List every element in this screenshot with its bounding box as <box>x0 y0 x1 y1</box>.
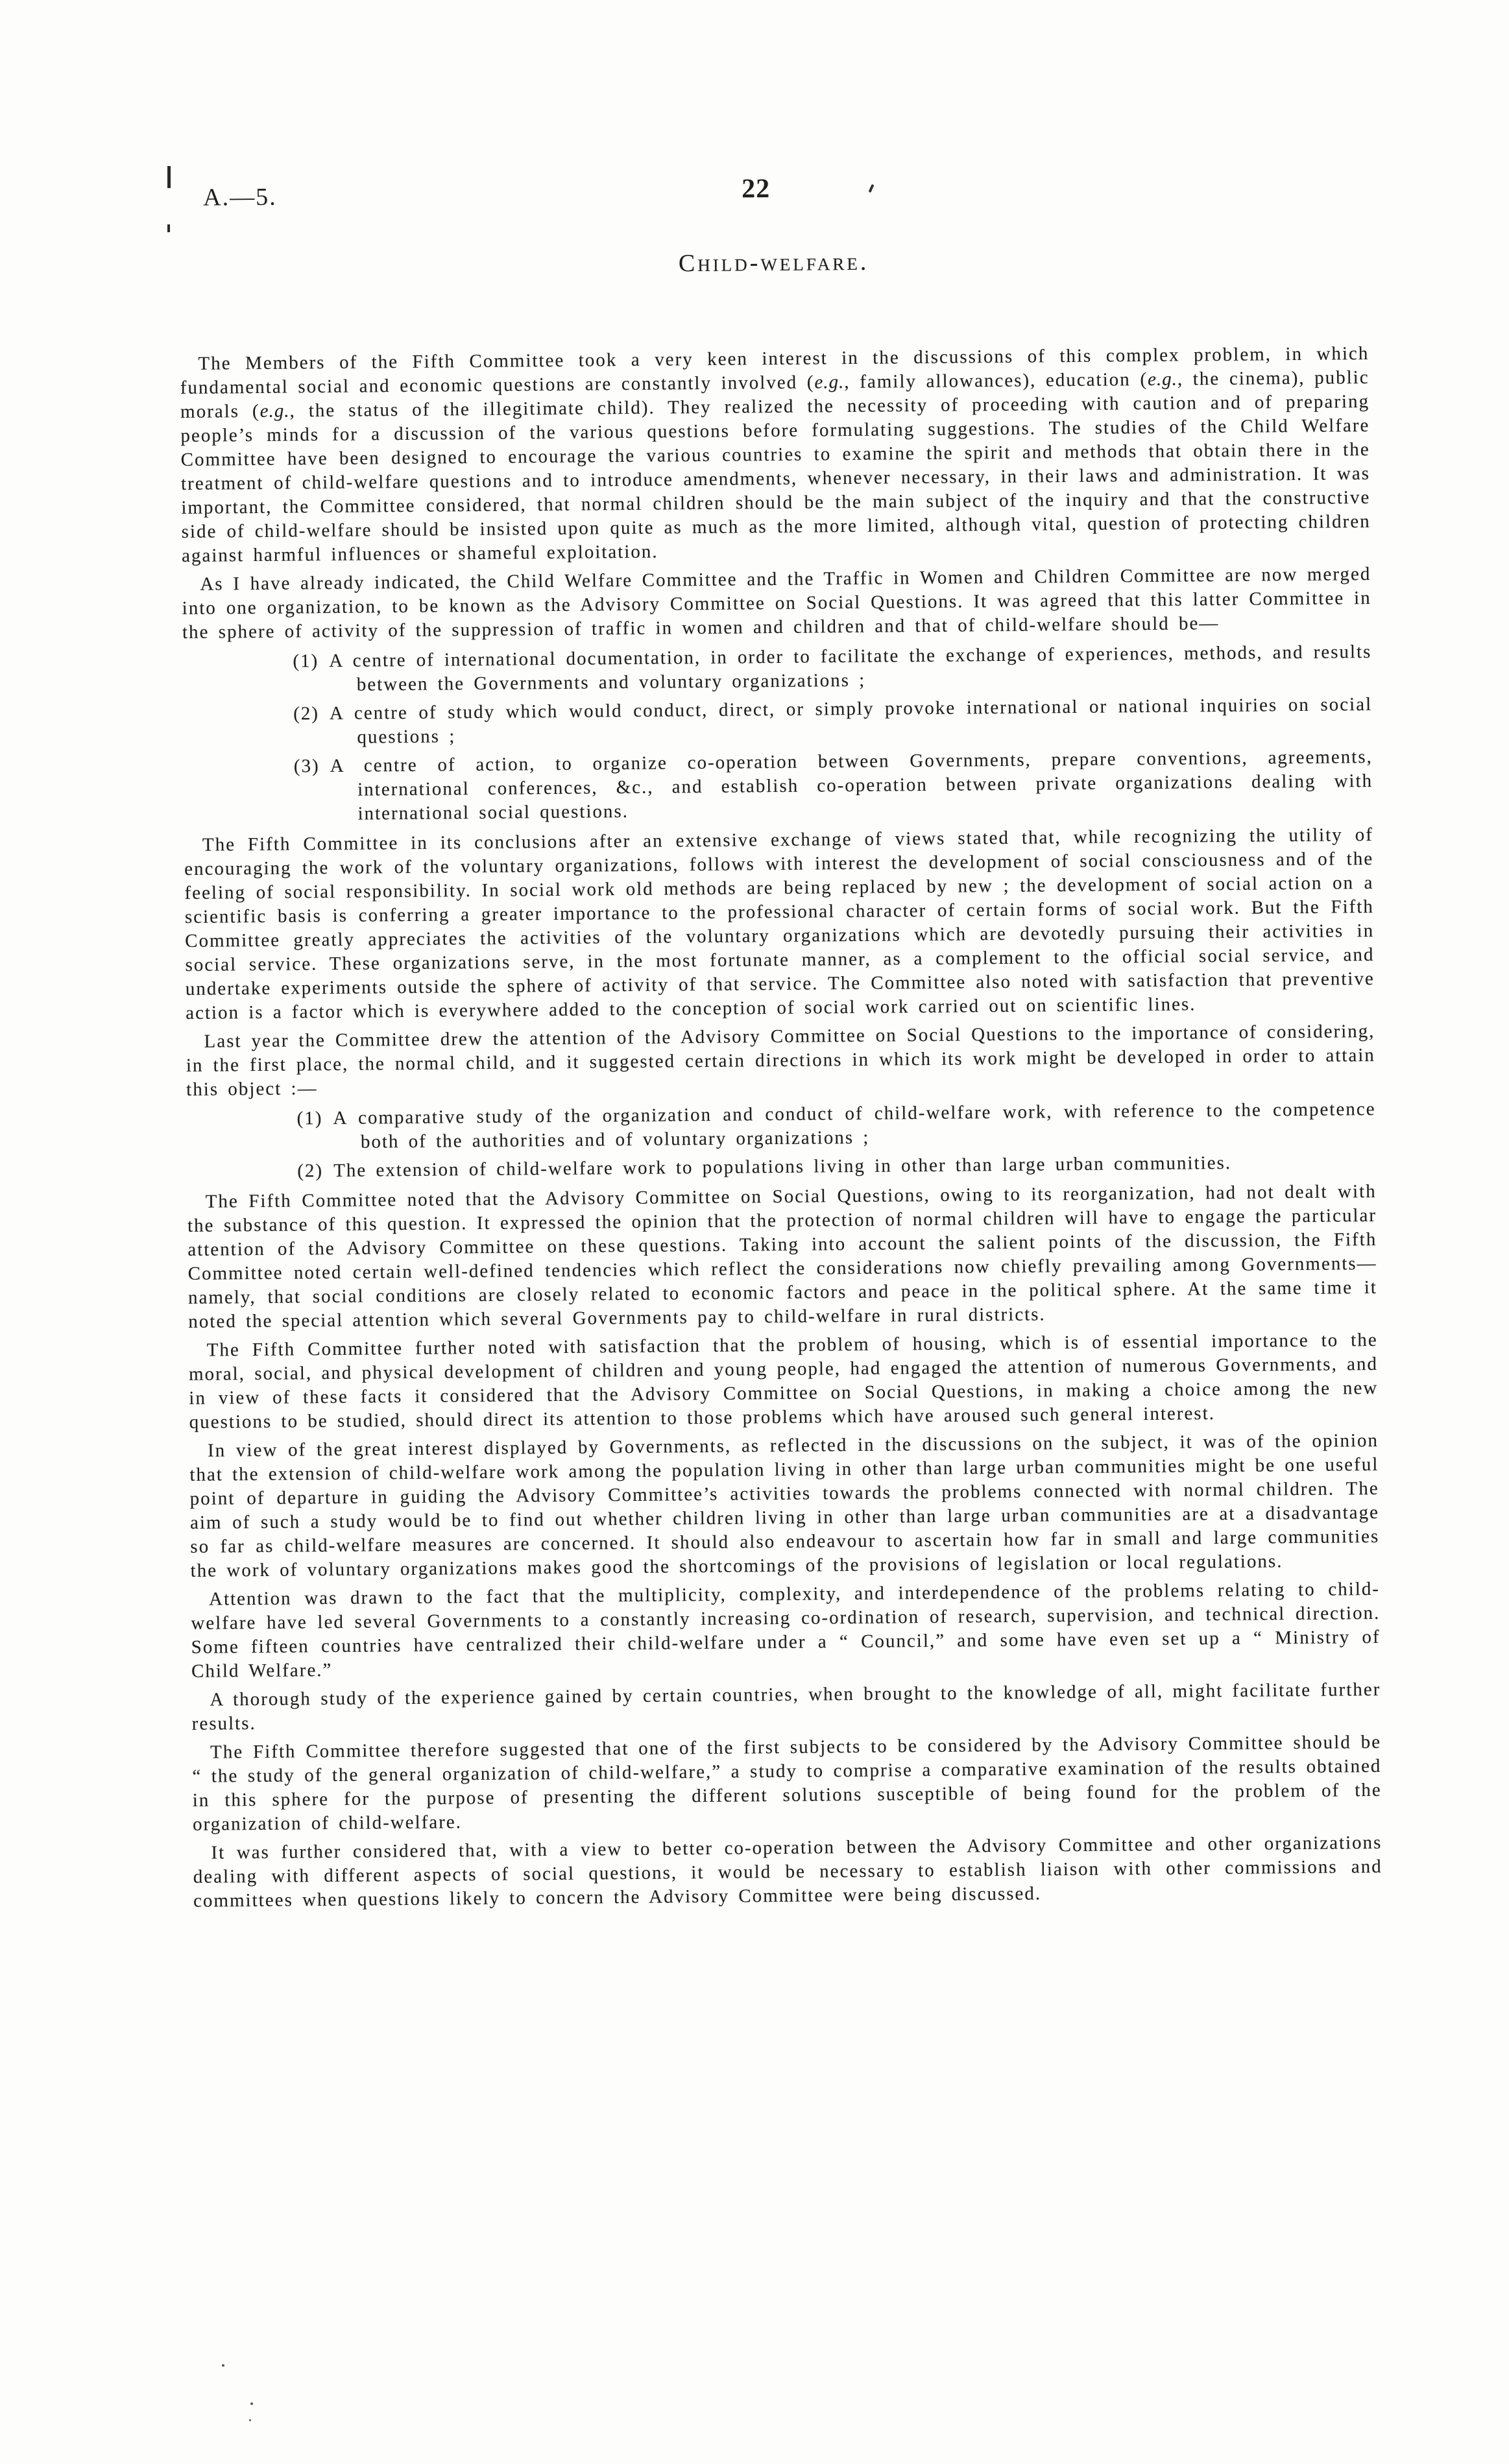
list-item-marker: (1) <box>293 651 329 671</box>
list-item: (3)A centre of action, to organize co-op… <box>184 745 1373 828</box>
scan-edge-mark <box>167 166 171 188</box>
scan-text-block: A.—5. 22 Child-welfare. The Members of t… <box>178 173 1382 1913</box>
scan-speck <box>222 2364 224 2367</box>
list-item: (1)A comparative study of the organizati… <box>186 1097 1376 1156</box>
paragraph: Last year the Committee drew the attenti… <box>186 1020 1375 1102</box>
list-item: (1)A centre of international documentati… <box>182 640 1372 699</box>
paragraph: It was further considered that, with a v… <box>193 1831 1382 1913</box>
scan-speck <box>250 2402 253 2405</box>
paragraph: A thorough study of the experience gaine… <box>191 1678 1381 1736</box>
list-item: (2)A centre of study which would conduct… <box>183 693 1373 751</box>
content: The Members of the Fifth Committee took … <box>180 342 1382 1913</box>
paragraph: The Fifth Committee noted that the Advis… <box>187 1180 1378 1334</box>
paragraph: Attention was drawn to the fact that the… <box>191 1577 1381 1684</box>
page-header: A.—5. 22 <box>178 173 1368 216</box>
paragraph: In view of the great interest displayed … <box>189 1429 1380 1583</box>
list-item-marker: (2) <box>297 1160 333 1181</box>
paragraph: The Fifth Committee in its conclusions a… <box>184 823 1375 1025</box>
list-item-marker: (3) <box>294 756 330 776</box>
section-title: Child-welfare. <box>179 243 1368 282</box>
list-item-marker: (1) <box>296 1108 333 1129</box>
paragraph: As I have already indicated, the Child W… <box>182 562 1371 645</box>
paragraph: The Fifth Committee therefore suggested … <box>192 1730 1382 1837</box>
numbered-list: (1)A comparative study of the organizati… <box>186 1097 1376 1184</box>
scanned-page: A.—5. 22 Child-welfare. The Members of t… <box>0 0 1509 2464</box>
paragraph: The Fifth Committee further noted with s… <box>189 1328 1379 1435</box>
paragraph: The Members of the Fifth Committee took … <box>180 342 1371 568</box>
list-item-marker: (2) <box>293 703 330 724</box>
document-reference: A.—5. <box>203 183 277 212</box>
numbered-list: (1)A centre of international documentati… <box>182 640 1373 828</box>
scan-edge-mark <box>167 224 170 232</box>
page-number: 22 <box>742 173 770 204</box>
list-item: (2)The extension of child-welfare work t… <box>187 1150 1376 1184</box>
scan-speck <box>249 2419 251 2421</box>
